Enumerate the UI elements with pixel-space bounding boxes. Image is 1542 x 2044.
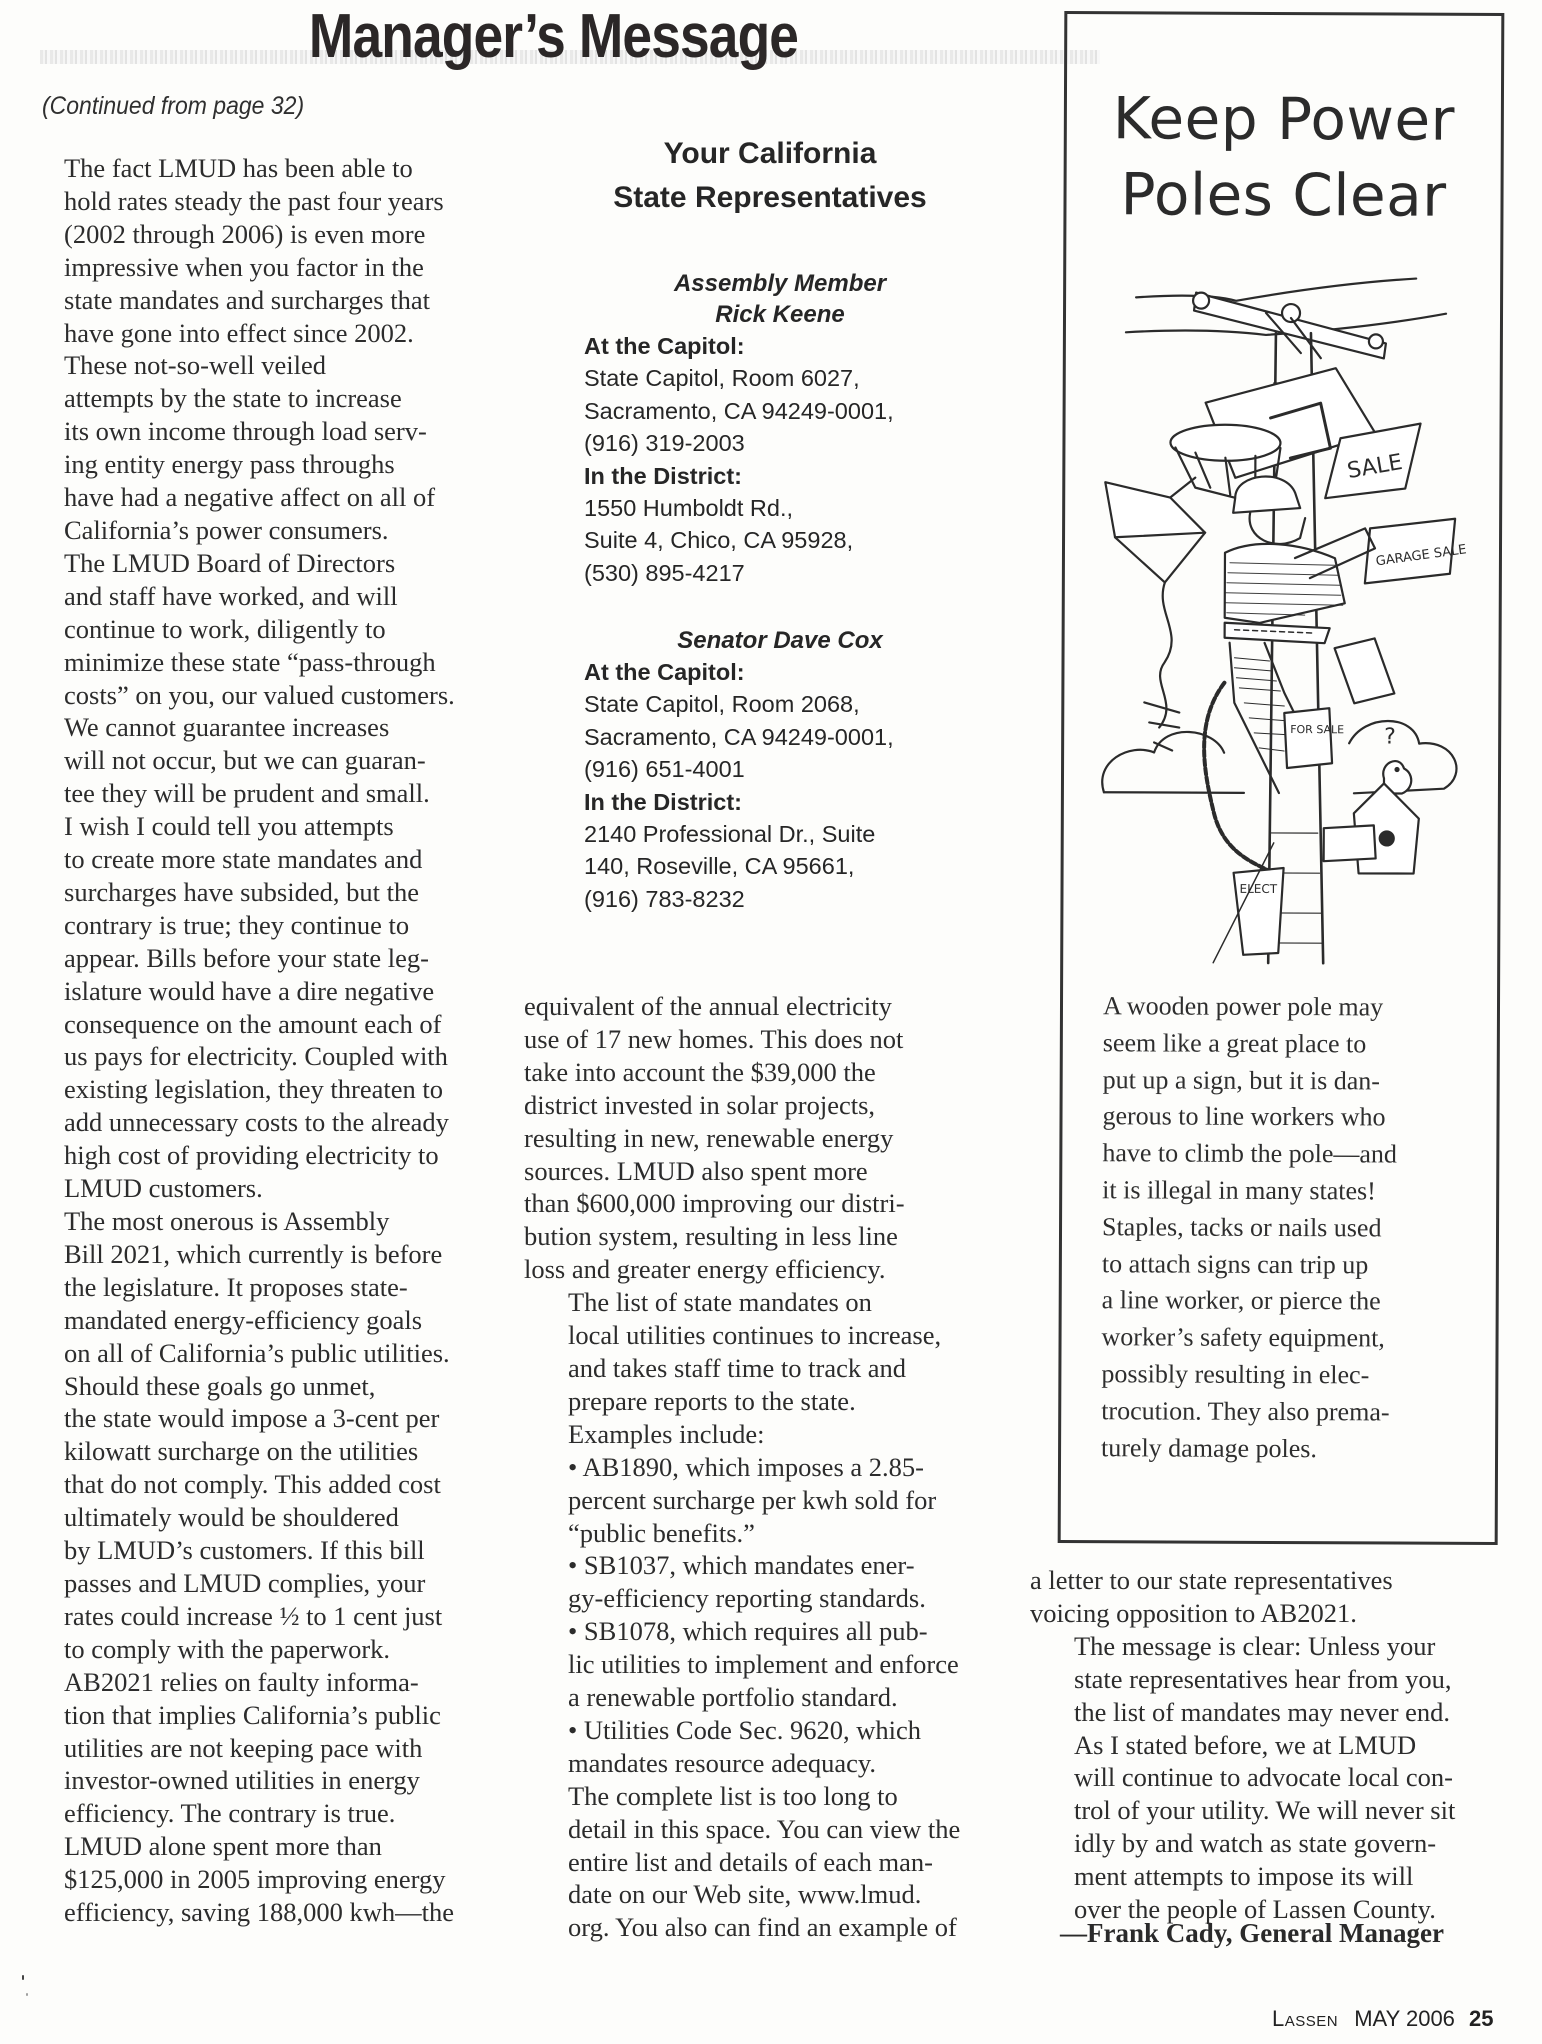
text-line: The message is clear: Unless your <box>1030 1630 1510 1663</box>
article-paragraph: • SB1037, which mandates ener-gy-efficie… <box>524 1549 1004 1615</box>
article-paragraph: LMUD alone spent more than$125,000 in 20… <box>20 1830 510 1929</box>
text-line: entire list and details of each man- <box>524 1846 1004 1879</box>
article-paragraph: • SB1078, which requires all pub-lic uti… <box>524 1615 1004 1714</box>
text-line: The list of state mandates on <box>524 1286 1004 1319</box>
article-paragraph: AB2021 relies on faulty informa-tion tha… <box>20 1666 510 1831</box>
district-phone: (530) 895-4217 <box>560 557 1000 590</box>
text-line: ultimately would be shouldered <box>20 1501 510 1534</box>
text-line: contrary is true; they continue to <box>20 909 510 942</box>
text-line: Should these goals go unmet, <box>20 1370 510 1403</box>
text-line: The fact LMUD has been able to <box>20 152 510 185</box>
text-line: efficiency, saving 188,000 kwh—the <box>20 1896 510 1929</box>
text-line: Examples include: <box>524 1418 1004 1451</box>
district-address-line: 140, Roseville, CA 95661, <box>560 850 1000 883</box>
text-line: tion that implies California’s public <box>20 1699 510 1732</box>
article-paragraph: The list of state mandates onlocal utili… <box>524 1286 1004 1418</box>
lineworker-cartoon-icon: SALE GARAGE SALE FOR SALE ? <box>1083 272 1486 974</box>
text-line: mandates resource adequacy. <box>524 1747 1004 1780</box>
text-line: by LMUD’s customers. If this bill <box>20 1534 510 1567</box>
text-line: have gone into effect since 2002. <box>20 317 510 350</box>
text-line: California’s power consumers. <box>20 514 510 547</box>
text-line: lic utilities to implement and enforce <box>524 1648 1004 1681</box>
text-line: us pays for electricity. Coupled with <box>20 1040 510 1073</box>
caption-line: Staples, tacks or nails used <box>1102 1209 1482 1247</box>
text-line: surcharges have subsided, but the <box>20 876 510 909</box>
caption-line: gerous to line workers who <box>1102 1099 1482 1137</box>
text-line: percent surcharge per kwh sold for <box>524 1484 1004 1517</box>
capitol-address-line: Sacramento, CA 94249-0001, <box>560 721 1000 754</box>
article-column-2: equivalent of the annual electricityuse … <box>524 990 1004 1944</box>
text-line: We cannot guarantee increases <box>20 711 510 744</box>
text-line: local utilities continues to increase, <box>524 1319 1004 1352</box>
text-line: passes and LMUD complies, your <box>20 1567 510 1600</box>
article-column-1: The fact LMUD has been able tohold rates… <box>20 152 510 1929</box>
article-paragraph: I wish I could tell you attemptsto creat… <box>20 810 510 1205</box>
caption-line: trocution. They also prema- <box>1101 1393 1481 1431</box>
text-line: bution system, resulting in less line <box>524 1220 1004 1253</box>
text-line: on all of California’s public utilities. <box>20 1337 510 1370</box>
text-line: detail in this space. You can view the <box>524 1813 1004 1846</box>
district-address-line: 1550 Humboldt Rd., <box>560 492 1000 525</box>
svg-text:FOR SALE: FOR SALE <box>1290 723 1344 736</box>
text-line: The most onerous is Assembly <box>20 1205 510 1238</box>
capitol-phone: (916) 319-2003 <box>560 427 1000 460</box>
issue-date: MAY 2006 <box>1354 2006 1455 2031</box>
text-line: tee they will be prudent and small. <box>20 777 510 810</box>
text-line: AB2021 relies on faulty informa- <box>20 1666 510 1699</box>
text-line: kilowatt surcharge on the utilities <box>20 1435 510 1468</box>
page-footer: Lassen MAY 2006 25 <box>1272 2006 1494 2032</box>
text-line: impressive when you factor in the <box>20 251 510 284</box>
text-line: a letter to our state representatives <box>1030 1564 1510 1597</box>
text-line: The LMUD Board of Directors <box>20 547 510 580</box>
text-line: equivalent of the annual electricity <box>524 990 1004 1023</box>
text-line: and staff have worked, and will <box>20 580 510 613</box>
article-paragraph: The most onerous is AssemblyBill 2021, w… <box>20 1205 510 1370</box>
district-label: In the District: <box>560 786 1000 818</box>
keep-poles-clear-box: Keep Power Poles Clear SALE GARAGE SALE <box>1058 11 1505 1545</box>
text-line: than $600,000 improving our distri- <box>524 1187 1004 1220</box>
text-line: org. You also can find an example of <box>524 1911 1004 1944</box>
article-paragraph: • AB1890, which imposes a 2.85-percent s… <box>524 1451 1004 1550</box>
district-label: In the District: <box>560 460 1000 492</box>
text-line: gy-efficiency reporting standards. <box>524 1582 1004 1615</box>
text-line: high cost of providing electricity to <box>20 1139 510 1172</box>
text-line: use of 17 new homes. This does not <box>524 1023 1004 1056</box>
district-address-line: Suite 4, Chico, CA 95928, <box>560 524 1000 557</box>
publication-name: Lassen <box>1272 2006 1338 2031</box>
text-line: costs” on you, our valued customers. <box>20 679 510 712</box>
text-line: ment attempts to impose its will <box>1030 1860 1510 1893</box>
text-line: resulting in new, renewable energy <box>524 1122 1004 1155</box>
scan-speck <box>22 1975 24 1980</box>
text-line: investor-owned utilities in energy <box>20 1764 510 1797</box>
text-line: its own income through load serv- <box>20 415 510 448</box>
caption-line: possibly resulting in elec- <box>1101 1356 1481 1394</box>
text-line: attempts by the state to increase <box>20 382 510 415</box>
text-line: • Utilities Code Sec. 9620, which <box>524 1714 1004 1747</box>
representative-name: Assembly Member Rick Keene <box>560 268 1000 330</box>
text-line: islature would have a dire negative <box>20 975 510 1008</box>
article-paragraph: • Utilities Code Sec. 9620, whichmandate… <box>524 1714 1004 1780</box>
text-line: to comply with the paperwork. <box>20 1633 510 1666</box>
district-address-line: 2140 Professional Dr., Suite <box>560 818 1000 851</box>
text-line: state representatives hear from you, <box>1030 1663 1510 1696</box>
text-line: will continue to advocate local con- <box>1030 1761 1510 1794</box>
text-line: • AB1890, which imposes a 2.85- <box>524 1451 1004 1484</box>
text-line: • SB1078, which requires all pub- <box>524 1615 1004 1648</box>
caption-line: to attach signs can trip up <box>1102 1246 1482 1284</box>
text-line: rates could increase ½ to 1 cent just <box>20 1600 510 1633</box>
caption-line: worker’s safety equipment, <box>1101 1319 1481 1357</box>
text-line: Bill 2021, which currently is before <box>20 1238 510 1271</box>
text-line: efficiency. The contrary is true. <box>20 1797 510 1830</box>
text-line: the state would impose a 3-cent per <box>20 1402 510 1435</box>
text-line: voicing opposition to AB2021. <box>1030 1597 1510 1630</box>
text-line: idly by and watch as state govern- <box>1030 1827 1510 1860</box>
article-paragraph: a letter to our state representativesvoi… <box>1030 1564 1510 1630</box>
text-line: As I stated before, we at LMUD <box>1030 1729 1510 1762</box>
text-line: mandated energy-efficiency goals <box>20 1304 510 1337</box>
text-line: minimize these state “pass-through <box>20 646 510 679</box>
article-paragraph: Should these goals go unmet,the state wo… <box>20 1370 510 1666</box>
text-line: $125,000 in 2005 improving energy <box>20 1863 510 1896</box>
text-line: that do not comply. This added cost <box>20 1468 510 1501</box>
capitol-address-line: Sacramento, CA 94249-0001, <box>560 395 1000 428</box>
district-phone: (916) 783-8232 <box>560 883 1000 916</box>
article-paragraph: equivalent of the annual electricityuse … <box>524 990 1004 1286</box>
text-line: loss and greater energy efficiency. <box>524 1253 1004 1286</box>
caption-line: seem like a great place to <box>1103 1025 1483 1063</box>
text-line: These not-so-well veiled <box>20 349 510 382</box>
svg-text:ELECT: ELECT <box>1239 882 1277 896</box>
representative-entry-assembly: Assembly Member Rick Keene At the Capito… <box>560 268 1000 589</box>
text-line: district invested in solar projects, <box>524 1089 1004 1122</box>
author-byline: —Frank Cady, General Manager <box>1060 1918 1444 1949</box>
caption-line: turely damage poles. <box>1101 1430 1481 1468</box>
text-line: prepare reports to the state. <box>524 1385 1004 1418</box>
representatives-heading: Your California State Representatives <box>540 132 1000 220</box>
text-line: will not occur, but we can guaran- <box>20 744 510 777</box>
page-number: 25 <box>1469 2006 1493 2031</box>
article-paragraph: The complete list is too long todetail i… <box>524 1780 1004 1945</box>
caption-line: it is illegal in many states! <box>1102 1172 1482 1210</box>
text-line: ing entity energy pass throughs <box>20 448 510 481</box>
caption-line: A wooden power pole may <box>1103 988 1483 1026</box>
text-line: state mandates and surcharges that <box>20 284 510 317</box>
continued-from-note: (Continued from page 32) <box>42 92 304 121</box>
text-line: consequence on the amount each of <box>20 1008 510 1041</box>
capitol-label: At the Capitol: <box>560 656 1000 688</box>
text-line: LMUD alone spent more than <box>20 1830 510 1863</box>
capitol-address-line: State Capitol, Room 2068, <box>560 688 1000 721</box>
article-paragraph: The fact LMUD has been able tohold rates… <box>20 152 510 349</box>
text-line: hold rates steady the past four years <box>20 185 510 218</box>
capitol-phone: (916) 651-4001 <box>560 753 1000 786</box>
text-line: have had a negative affect on all of <box>20 481 510 514</box>
text-line: appear. Bills before your state leg- <box>20 942 510 975</box>
sidebar-caption: A wooden power pole mayseem like a great… <box>1101 988 1483 1468</box>
text-line: the list of mandates may never end. <box>1030 1696 1510 1729</box>
text-line: I wish I could tell you attempts <box>20 810 510 843</box>
text-line: sources. LMUD also spent more <box>524 1155 1004 1188</box>
text-line: trol of your utility. We will never sit <box>1030 1794 1510 1827</box>
capitol-label: At the Capitol: <box>560 330 1000 362</box>
svg-text:?: ? <box>1384 724 1396 749</box>
text-line: a renewable portfolio standard. <box>524 1681 1004 1714</box>
article-paragraph: The message is clear: Unless yourstate r… <box>1030 1630 1510 1729</box>
text-line: existing legislation, they threaten to <box>20 1073 510 1106</box>
text-line: and takes staff time to track and <box>524 1352 1004 1385</box>
text-line: add unnecessary costs to the already <box>20 1106 510 1139</box>
capitol-address-line: State Capitol, Room 6027, <box>560 362 1000 395</box>
representative-name: Senator Dave Cox <box>560 625 1000 656</box>
representative-entry-senate: Senator Dave Cox At the Capitol: State C… <box>560 625 1000 915</box>
state-representatives-block: Your California State Representatives As… <box>560 132 1000 915</box>
page-title: Manager’s Message <box>81 0 1027 74</box>
text-line: “public benefits.” <box>524 1517 1004 1550</box>
sidebar-title: Keep Power Poles Clear <box>1066 80 1501 234</box>
text-line: • SB1037, which mandates ener- <box>524 1549 1004 1582</box>
scan-speck <box>26 1993 28 1996</box>
article-paragraph: These not-so-well veiledattempts by the … <box>20 349 510 546</box>
text-line: date on our Web site, www.lmud. <box>524 1878 1004 1911</box>
text-line: the legislature. It proposes state- <box>20 1271 510 1304</box>
article-column-3: a letter to our state representativesvoi… <box>1030 1564 1510 1926</box>
caption-line: have to climb the pole—and <box>1102 1135 1482 1173</box>
article-paragraph: We cannot guarantee increaseswill not oc… <box>20 711 510 810</box>
text-line: (2002 through 2006) is even more <box>20 218 510 251</box>
text-line: continue to work, diligently to <box>20 613 510 646</box>
text-line: take into account the $39,000 the <box>524 1056 1004 1089</box>
article-paragraph: As I stated before, we at LMUDwill conti… <box>1030 1729 1510 1926</box>
text-line: utilities are not keeping pace with <box>20 1732 510 1765</box>
caption-line: put up a sign, but it is dan- <box>1103 1062 1483 1100</box>
text-line: to create more state mandates and <box>20 843 510 876</box>
article-paragraph: Examples include: <box>524 1418 1004 1451</box>
text-line: LMUD customers. <box>20 1172 510 1205</box>
article-paragraph: The LMUD Board of Directorsand staff hav… <box>20 547 510 712</box>
text-line: The complete list is too long to <box>524 1780 1004 1813</box>
caption-line: a line worker, or pierce the <box>1102 1283 1482 1321</box>
